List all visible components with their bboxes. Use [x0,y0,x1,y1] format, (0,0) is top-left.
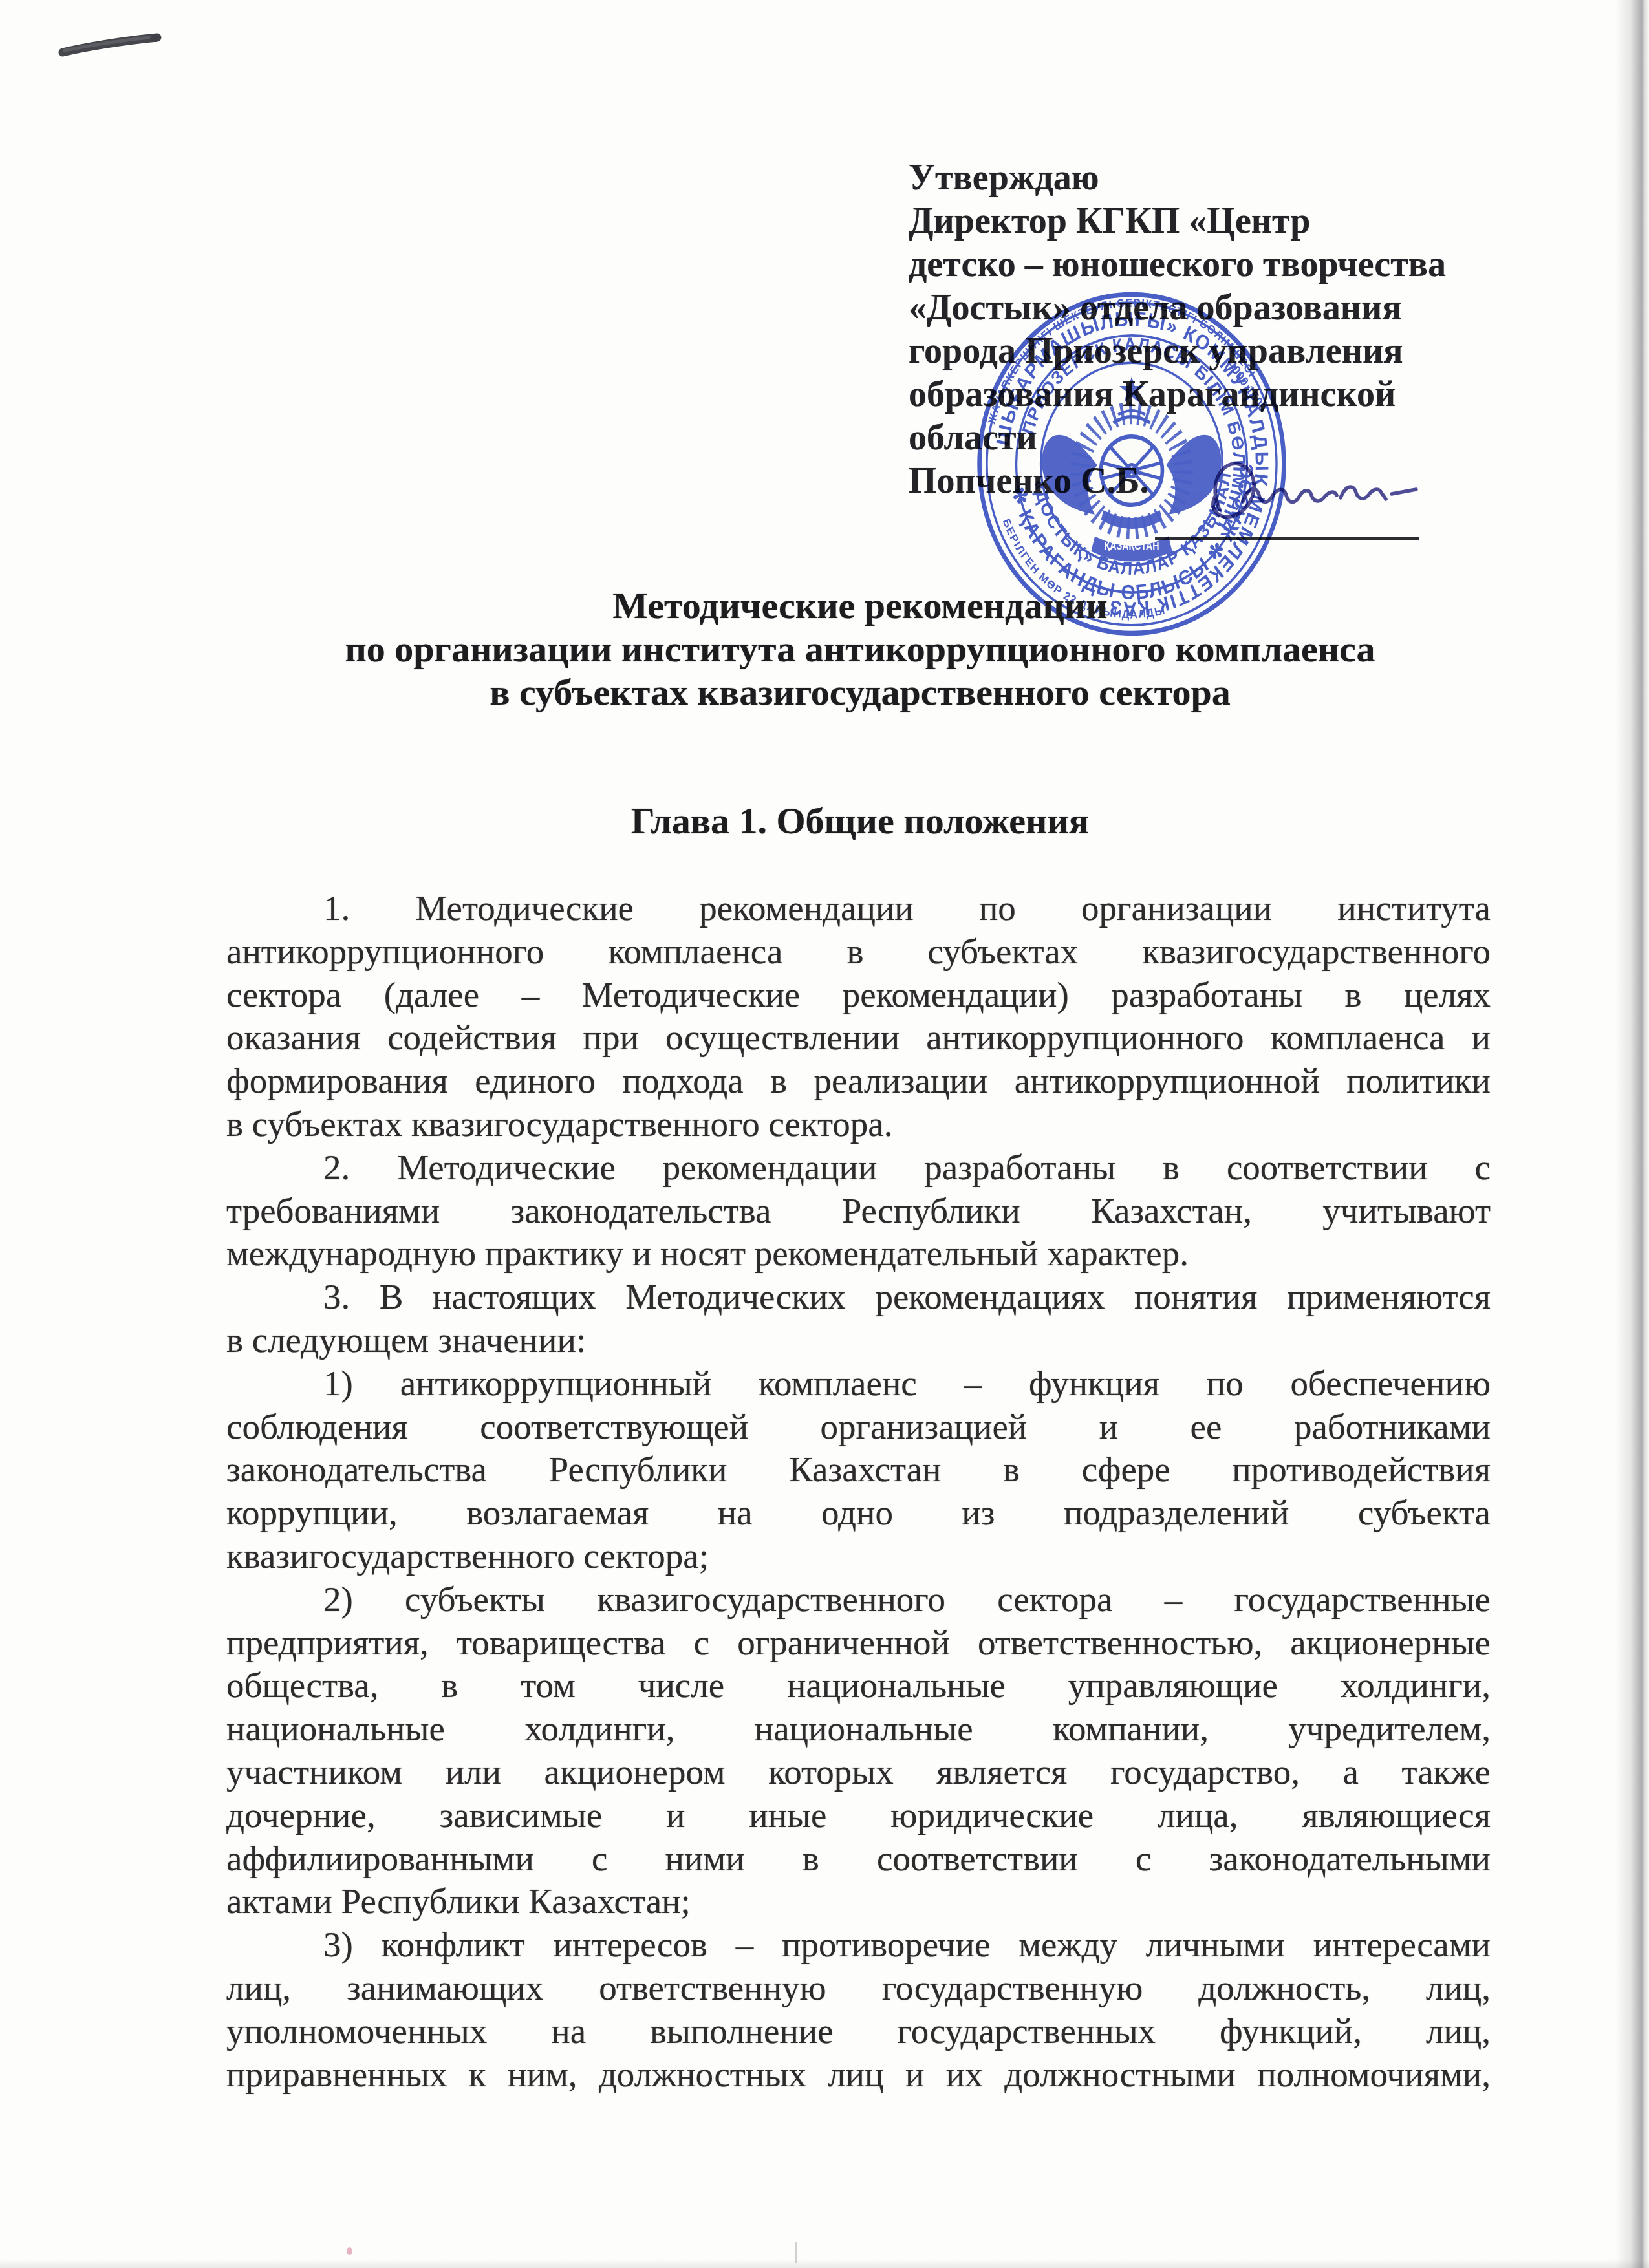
body-line: приравненных к ним, должностных лиц и их… [226,2053,1491,2097]
body-line: оказания содействия при осуществлении ан… [226,1016,1491,1060]
document-title: Методические рекомендациипо организации … [100,584,1620,714]
body-line: квазигосударственного сектора; [226,1535,1491,1578]
body-line: законодательства Республики Казахстан в … [226,1448,1491,1492]
body-line: уполномоченных на выполнение государстве… [226,2010,1491,2053]
body-line: в субъектах квазигосударственного сектор… [226,1103,1491,1146]
chapter-heading: Глава 1. Общие положения [100,799,1620,842]
pen-mark-artifact [52,26,168,65]
body-line: сектора (далее – Методические рекомендац… [226,974,1491,1017]
body-line: национальные холдинги, национальные комп… [226,1707,1491,1751]
title-line: по организации института антикоррупционн… [100,627,1620,670]
body-line: 2) субъекты квазигосударственного сектор… [226,1578,1491,1621]
approval-line: Директор КГКП «Центр [909,200,1633,243]
body-line: 3. В настоящих Методических рекомендация… [226,1276,1491,1319]
body-line: коррупции, возлагаемая на одно из подраз… [226,1492,1491,1535]
handwritten-signature [1183,440,1442,550]
body-line: общества, в том числе национальные управ… [226,1664,1491,1707]
scan-dot-artifact [347,2247,352,2255]
document-body: 1. Методические рекомендации по организа… [226,887,1491,2096]
scanned-document-page: УтверждаюДиректор КГКП «Центрдетско – юн… [0,0,1649,2268]
body-line: 3) конфликт интересов – противоречие меж… [226,1923,1491,1967]
approval-line: детско – юношеского творчества [909,243,1633,286]
body-line: 1) антикоррупционный комплаенс – функция… [226,1362,1491,1406]
body-line: дочерние, зависимые и иные юридические л… [226,1794,1491,1837]
body-line: актами Республики Казахстан; [226,1880,1491,1923]
title-line: Методические рекомендации [100,584,1620,627]
body-line: 2. Методические рекомендации разработаны… [226,1146,1491,1190]
body-line: лиц, занимающих ответственную государств… [226,1967,1491,2010]
stamp-center-text: ҚАЗАҚСТАН [1104,540,1159,552]
body-line: предприятия, товарищества с ограниченной… [226,1621,1491,1665]
body-line: 1. Методические рекомендации по организа… [226,887,1491,930]
title-line: в субъектах квазигосударственного сектор… [100,670,1620,714]
scan-tick-artifact [795,2242,797,2263]
body-line: аффилиированными с ними в соответствии с… [226,1837,1491,1881]
body-line: участником или акционером которых являет… [226,1751,1491,1794]
approval-line: Утверждаю [909,156,1633,200]
body-line: международную практику и носят рекоменда… [226,1232,1491,1276]
body-line: требованиями законодательства Республики… [226,1190,1491,1233]
scan-edge-shadow [1615,0,1649,2268]
body-line: антикоррупционного комплаенса в субъекта… [226,930,1491,974]
body-line: формирования единого подхода в реализаци… [226,1060,1491,1103]
scan-bottom-shadow [0,2259,1649,2268]
body-line: соблюдения соответствующей организацией … [226,1406,1491,1449]
body-line: в следующем значении: [226,1319,1491,1362]
